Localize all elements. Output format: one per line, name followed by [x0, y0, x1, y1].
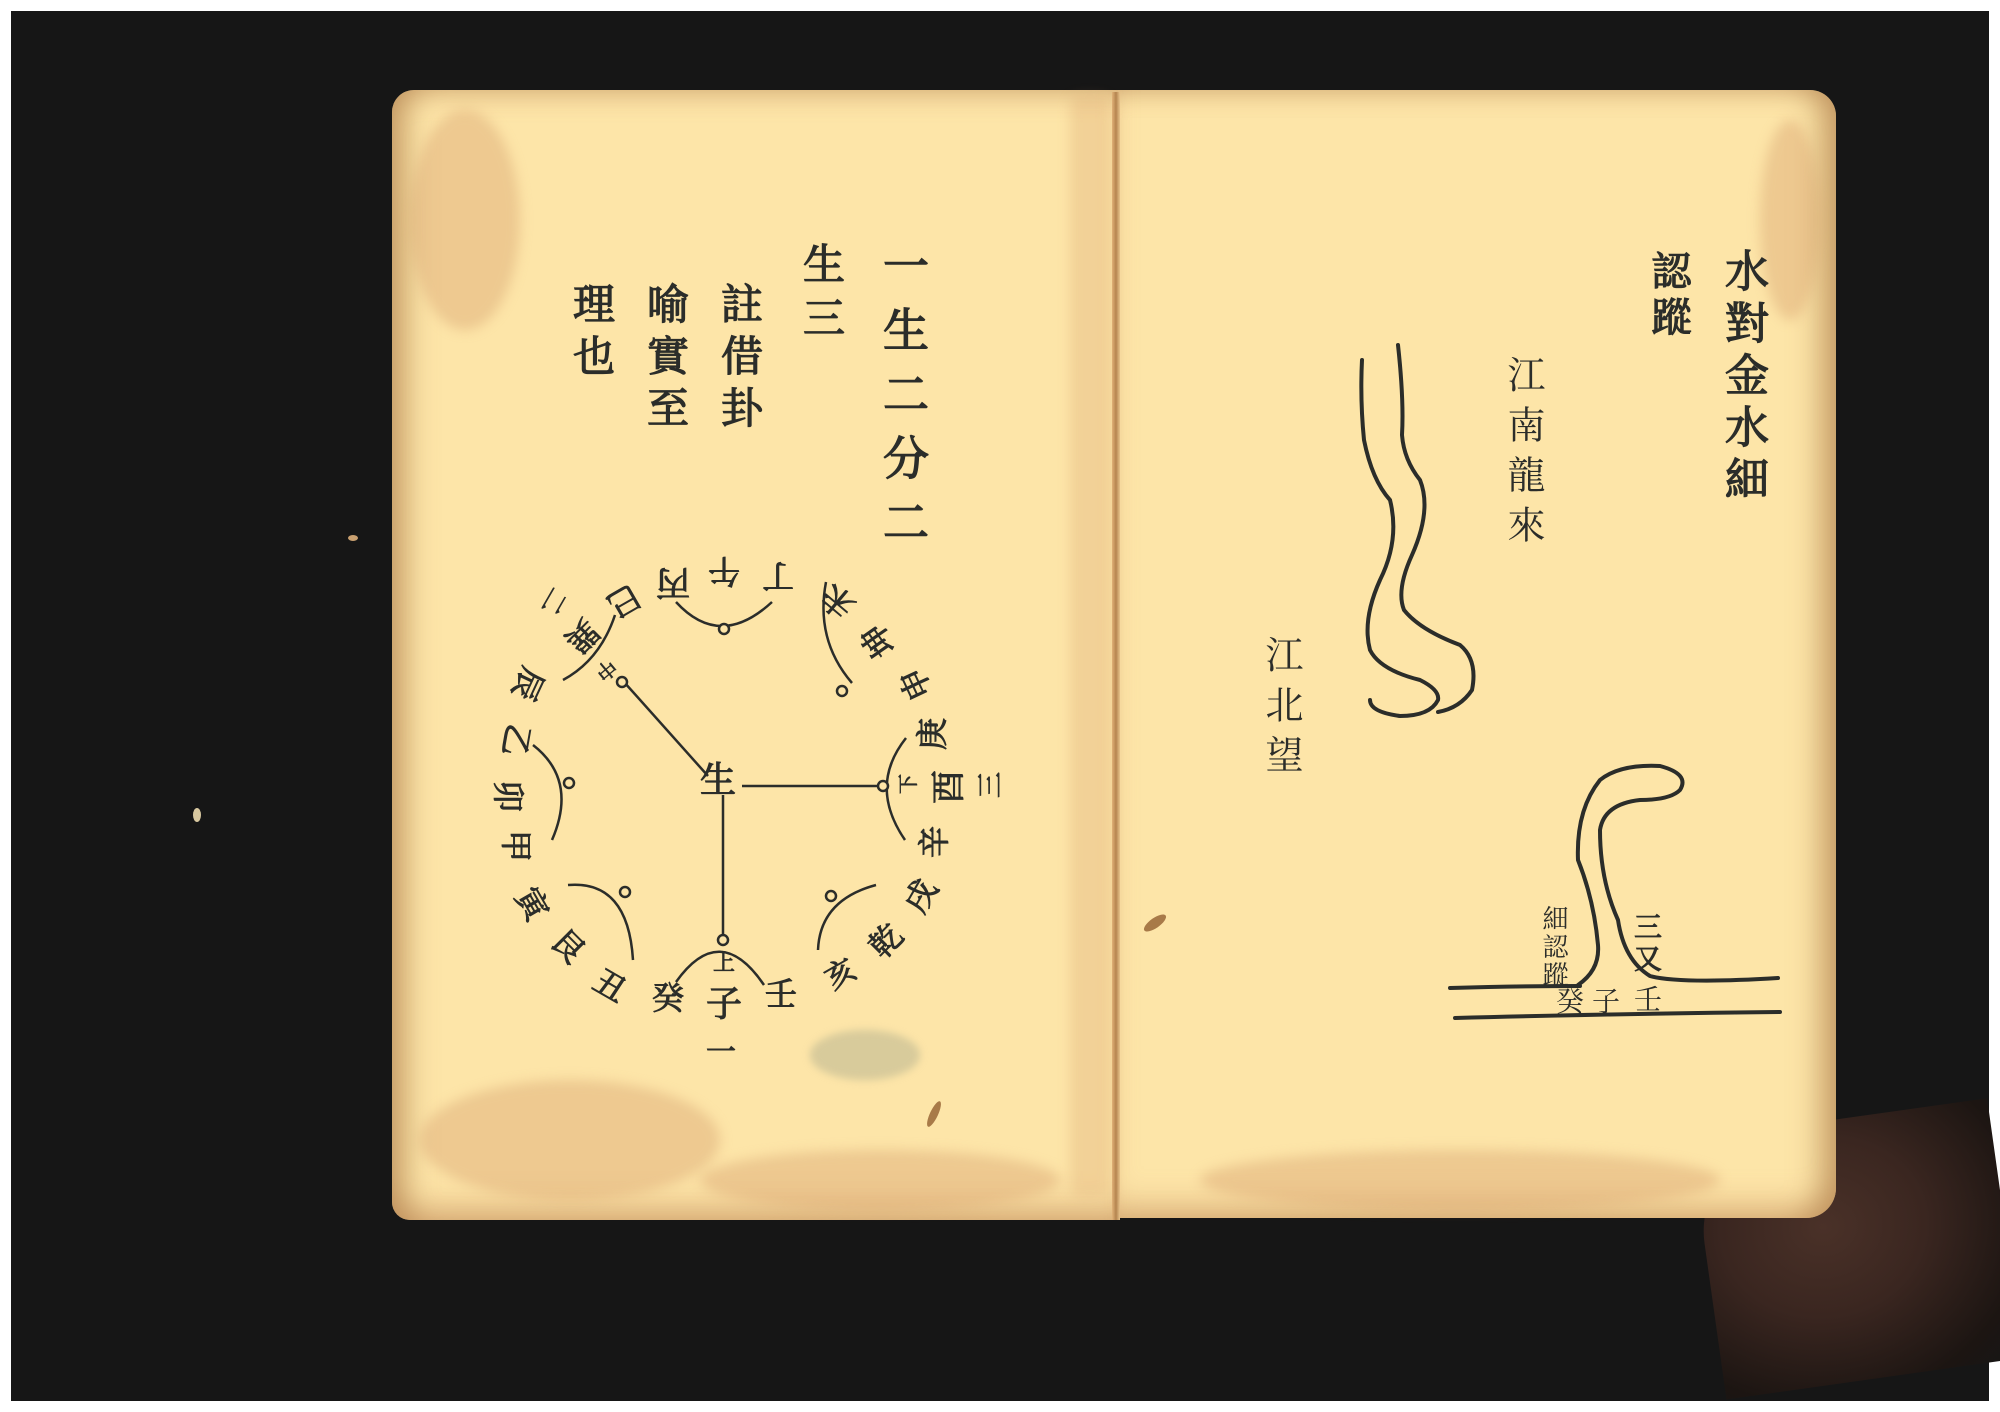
channel-label: 癸	[1556, 988, 1584, 1016]
diagram-label: 細認蹤	[1540, 905, 1566, 989]
river-drawings	[0, 0, 2000, 1412]
channel-label: 子	[1592, 988, 1620, 1016]
diagram-label: 三又	[1632, 912, 1660, 976]
channel-label: 壬	[1634, 986, 1662, 1014]
